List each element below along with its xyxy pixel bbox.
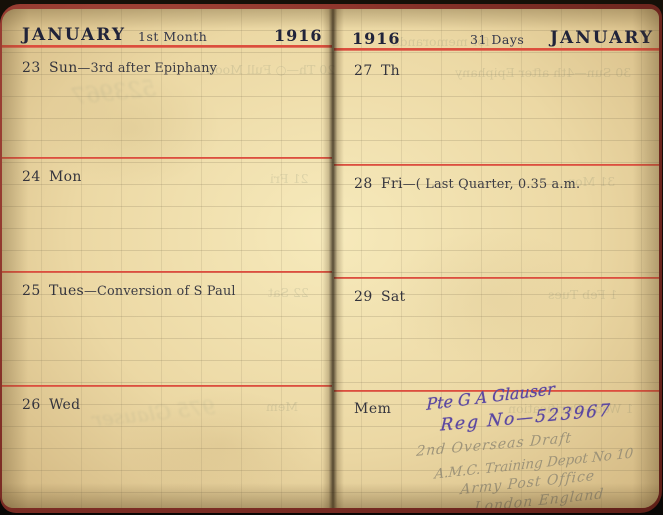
page-edge-shading <box>2 9 659 508</box>
diary-photo: JANUARY 1st Month 1916 23Sun—3rd after E… <box>0 0 663 515</box>
diary-page-spread: JANUARY 1st Month 1916 23Sun—3rd after E… <box>2 9 659 508</box>
